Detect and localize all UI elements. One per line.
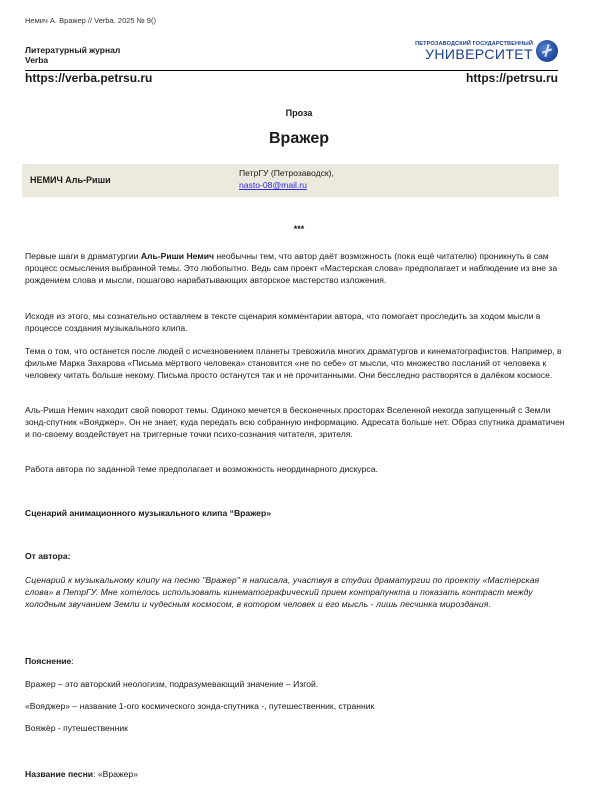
- university-site-link[interactable]: https://petrsu.ru: [466, 71, 558, 85]
- intro-paragraph-5: Работа автора по заданной теме предполаг…: [25, 463, 570, 475]
- intro-paragraph-3: Тема о том, что останется после людей с …: [25, 345, 570, 381]
- journal-site-link[interactable]: https://verba.petrsu.ru: [25, 71, 152, 85]
- running-head: Немич А. Вражер // Verba. 2025 № 9(): [25, 16, 156, 25]
- university-logo: ПЕТРОЗАВОДСКИЙ ГОСУДАРСТВЕННЫЙ УНИВЕРСИТ…: [415, 40, 558, 62]
- intro-text: Первые шаги в драматургии: [25, 251, 141, 261]
- university-logo-big: УНИВЕРСИТЕТ: [415, 48, 533, 61]
- author-name-inline: Аль-Риши Немич: [141, 251, 214, 261]
- scenario-heading: Сценарий анимационного музыкального клип…: [25, 508, 271, 518]
- explanation-item-2: «Вояджер» – название 1-ого космического …: [25, 700, 570, 712]
- university-emblem-icon: [536, 40, 558, 62]
- explanation-item-1: Вражер – это авторский неологизм, подраз…: [25, 678, 570, 690]
- author-name: НЕМИЧ Аль-Риши: [30, 175, 111, 185]
- explanation-item-3: Вояжёр - путешественник: [25, 722, 570, 734]
- journal-name-line2: Verba: [25, 55, 120, 65]
- explanation-heading: Пояснение:: [25, 655, 570, 667]
- from-author-heading: От автора:: [25, 551, 70, 561]
- author-affiliation-text: ПетрГУ (Петрозаводск),: [239, 167, 334, 179]
- song-title-label: Название песни: [25, 769, 93, 779]
- explanation-label: Пояснение: [25, 656, 71, 666]
- journal-name: Литературный журнал Verba: [25, 45, 120, 65]
- from-author-text: Сценарий к музыкальному клипу на песню "…: [25, 574, 570, 610]
- university-logo-text: ПЕТРОЗАВОДСКИЙ ГОСУДАРСТВЕННЫЙ УНИВЕРСИТ…: [415, 41, 533, 61]
- journal-name-line1: Литературный журнал: [25, 45, 120, 55]
- explanation-colon: :: [71, 656, 73, 666]
- separator: ***: [0, 224, 598, 234]
- intro-paragraph-1: Первые шаги в драматургии Аль-Риши Немич…: [25, 250, 570, 286]
- song-title: Название песни: «Вражер»: [25, 768, 570, 780]
- intro-paragraph-2: Исходя из этого, мы сознательно оставляе…: [25, 310, 570, 334]
- article-title: Вражер: [0, 130, 598, 148]
- author-affiliation: ПетрГУ (Петрозаводск), nasto-08@mail.ru: [239, 167, 334, 191]
- author-email-link[interactable]: nasto-08@mail.ru: [239, 180, 307, 190]
- intro-paragraph-4: Аль-Риша Немич находит свой поворот темы…: [25, 404, 570, 440]
- song-title-value: : «Вражер»: [93, 769, 138, 779]
- section-label: Проза: [0, 108, 598, 118]
